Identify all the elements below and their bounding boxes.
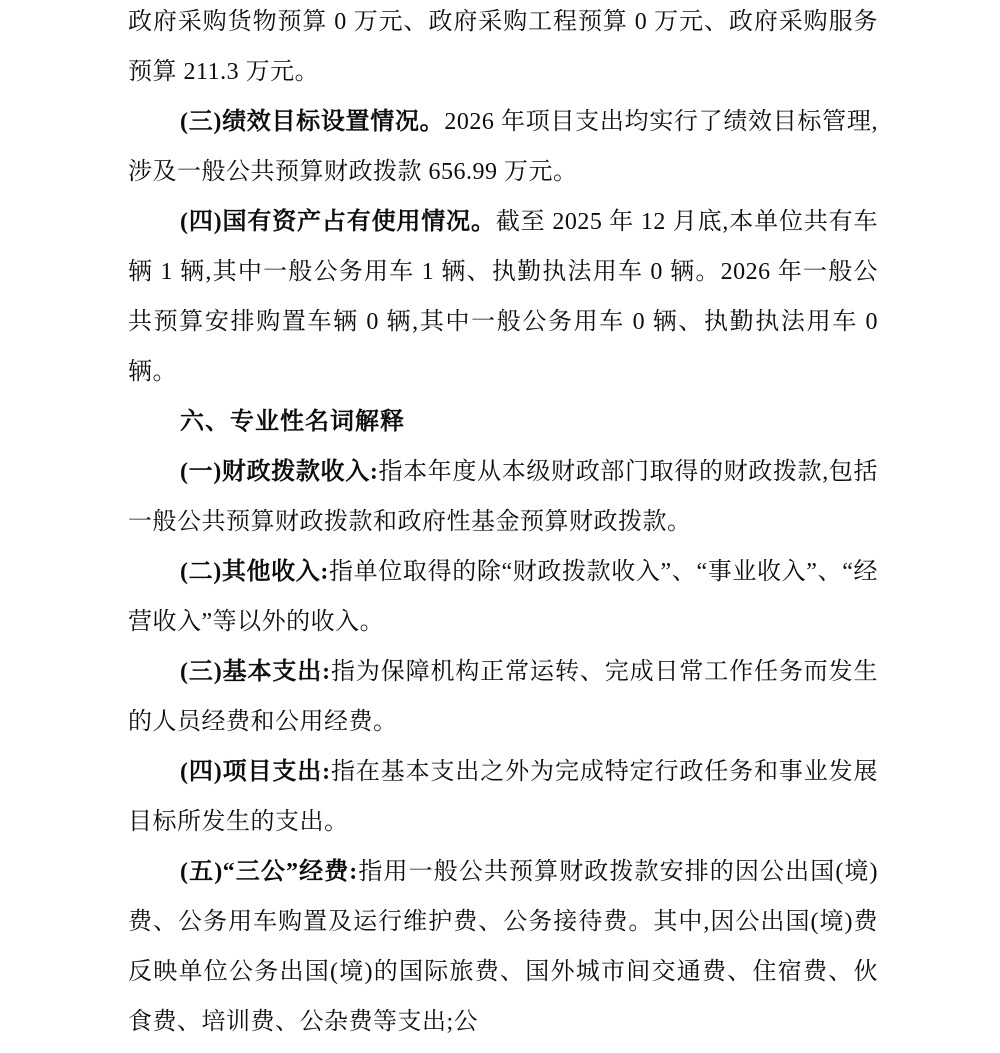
paragraph-text: 指用一般公共预算财政拨款安排的因公出国(境)费、公务用车购置及运行维护费、公务接…: [128, 859, 878, 1035]
heading-text: 六、专业性名词解释: [180, 408, 405, 435]
paragraph-lead: (五)“三公”经费:: [180, 859, 358, 885]
paragraph: 政府采购货物预算 0 万元、政府采购工程预算 0 万元、政府采购服务预算 211…: [128, 0, 878, 97]
paragraph: (一)财政拨款收入:指本年度从本级财政部门取得的财政拨款,包括一般公共预算财政拨…: [128, 447, 878, 547]
paragraph: (四)国有资产占有使用情况。截至 2025 年 12 月底,本单位共有车辆 1 …: [128, 197, 878, 397]
paragraph-lead: (一)财政拨款收入:: [180, 459, 378, 485]
paragraph: (四)项目支出:指在基本支出之外为完成特定行政任务和事业发展目标所发生的支出。: [128, 747, 878, 847]
paragraph: (五)“三公”经费:指用一般公共预算财政拨款安排的因公出国(境)费、公务用车购置…: [128, 847, 878, 1047]
paragraph: (三)绩效目标设置情况。2026 年项目支出均实行了绩效目标管理,涉及一般公共预…: [128, 97, 878, 197]
paragraph: (三)基本支出:指为保障机构正常运转、完成日常工作任务而发生的人员经费和公用经费…: [128, 647, 878, 747]
paragraph-text: 政府采购货物预算 0 万元、政府采购工程预算 0 万元、政府采购服务预算 211…: [128, 9, 878, 85]
section-heading: 六、专业性名词解释: [128, 397, 878, 447]
document-text-block: 政府采购货物预算 0 万元、政府采购工程预算 0 万元、政府采购服务预算 211…: [128, 0, 878, 1047]
paragraph-lead: (二)其他收入:: [180, 559, 329, 585]
paragraph: (二)其他收入:指单位取得的除“财政拨款收入”、“事业收入”、“经营收入”等以外…: [128, 547, 878, 647]
paragraph-lead: (三)基本支出:: [180, 659, 331, 685]
paragraph-lead: (四)项目支出:: [180, 759, 331, 785]
document-page: 政府采购货物预算 0 万元、政府采购工程预算 0 万元、政府采购服务预算 211…: [0, 0, 1000, 1053]
paragraph-lead: (三)绩效目标设置情况。: [180, 109, 444, 135]
paragraph-lead: (四)国有资产占有使用情况。: [180, 209, 496, 235]
paragraph-text: 截至 2025 年 12 月底,本单位共有车辆 1 辆,其中一般公务用车 1 辆…: [128, 209, 878, 385]
